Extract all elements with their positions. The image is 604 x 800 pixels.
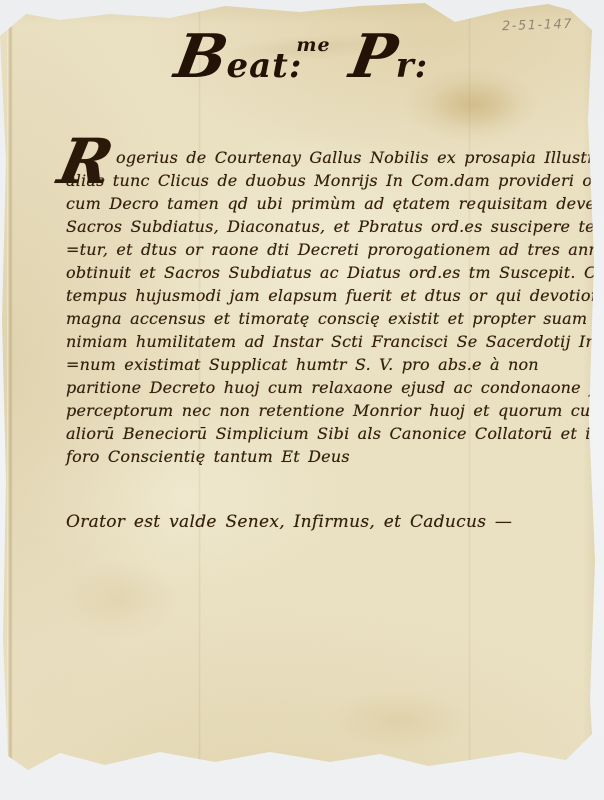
manuscript-line: tempus hujusmodi jam elapsum fuerit et d…: [66, 286, 588, 309]
manuscript-line: paritione Decreto huoj cum relaxaone eju…: [66, 378, 588, 401]
manuscript-line: foro Conscientię tantum Et Deus: [66, 447, 588, 470]
heading-initial-b: B: [170, 22, 233, 92]
closing-note: Orator est valde Senex, Infirmus, et Cad…: [66, 512, 512, 532]
document-heading: Beat:mePr:: [0, 22, 604, 92]
manuscript-line: =tur, et dtus or raone dti Decreti proro…: [66, 240, 588, 263]
heading-text: r:: [396, 46, 428, 86]
manuscript-line: =num existimat Supplicat humtr S. V. pro…: [66, 355, 588, 378]
manuscript-line: nimiam humilitatem ad Instar Scti Franci…: [66, 332, 588, 355]
fold-crease-left: [7, 0, 13, 800]
heading-text: eat:: [227, 46, 303, 86]
heading-superscript: me: [296, 34, 330, 56]
scan-backdrop: 2-51-147 Beat:mePr: R ogerius de Courten…: [0, 0, 604, 800]
manuscript-line: cum Decro tamen qd ubi primùm ad ętatem …: [66, 194, 588, 217]
manuscript-line: aliàs tunc Clicus de duobus Monrijs In C…: [66, 171, 588, 194]
manuscript-page: 2-51-147 Beat:mePr: R ogerius de Courten…: [0, 0, 604, 800]
heading-initial-p: P: [344, 22, 401, 92]
manuscript-line: perceptorum nec non retentione Monrior h…: [66, 401, 588, 424]
manuscript-line: aliorū Beneciorū Simplicium Sibi als Can…: [66, 424, 588, 447]
paper-stain: [330, 690, 470, 750]
paper-stain: [60, 560, 180, 640]
manuscript-line: ogerius de Courtenay Gallus Nobilis ex p…: [66, 148, 588, 171]
manuscript-line: obtinuit et Sacros Subdiatus ac Diatus o…: [66, 263, 588, 286]
manuscript-line: Sacros Subdiatus, Diaconatus, et Pbratus…: [66, 217, 588, 240]
manuscript-line: magna accensus et timoratę conscię exist…: [66, 309, 588, 332]
manuscript-body: R ogerius de Courtenay Gallus Nobilis ex…: [66, 148, 588, 470]
